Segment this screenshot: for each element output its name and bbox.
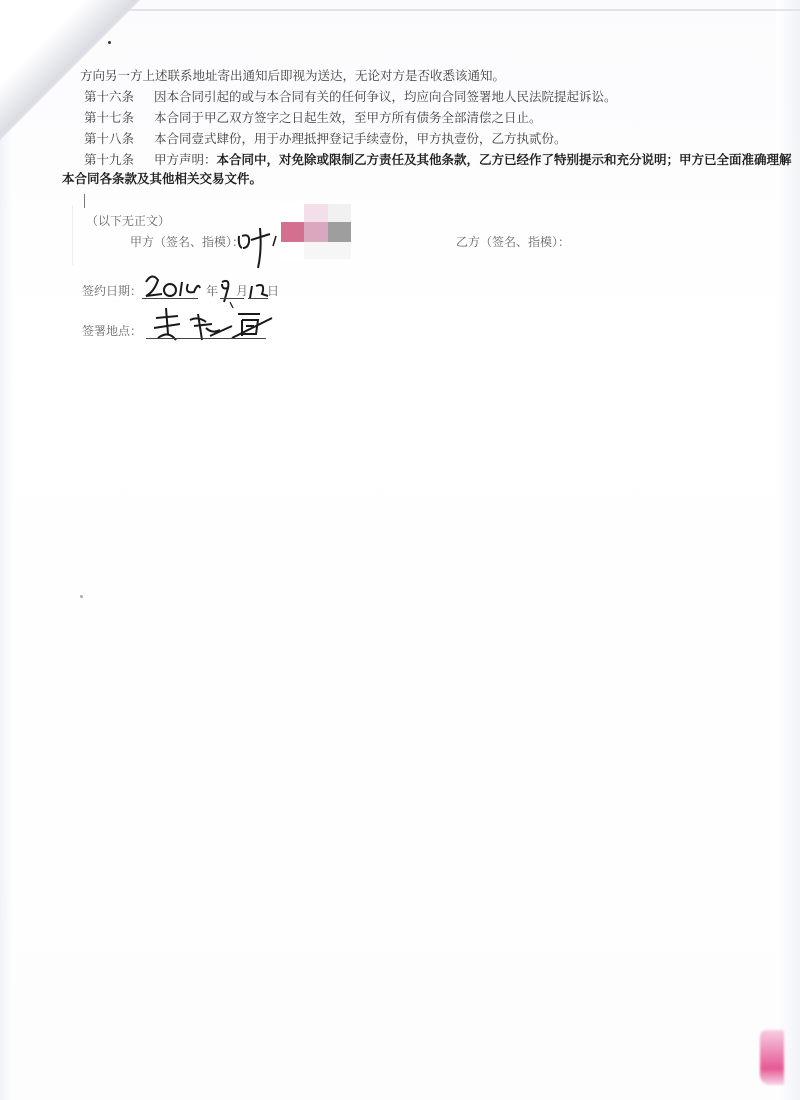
scan-edge-left <box>0 0 14 1100</box>
article-18-text: 本合同壹式肆份，用于办理抵押登记手续壹份，甲方执壹份，乙方执贰份。 <box>154 131 567 146</box>
article-19-text: 本合同中，对免除或限制乙方责任及其他条款，乙方已经作了特别提示和充分说明；甲方已… <box>217 152 792 167</box>
article-19: 第十九条甲方声明：本合同中，对免除或限制乙方责任及其他条款，乙方已经作了特别提示… <box>84 152 792 168</box>
article-17-label: 第十七条 <box>84 110 154 126</box>
staple-mark <box>108 41 111 44</box>
scanned-page: 方向另一方上述联系地址寄出通知后即视为送达，无论对方是否收悉该通知。 第十六条因… <box>0 0 800 1100</box>
day-underline <box>248 298 268 299</box>
continuation-text: 方向另一方上述联系地址寄出通知后即视为送达，无论对方是否收悉该通知。 <box>80 68 505 83</box>
article-17: 第十七条本合同于甲乙双方签字之日起生效，至甲方所有债务全部清偿之日止。 <box>84 110 542 126</box>
party-a-signature-label: 甲方（签名、指模）： <box>130 233 244 250</box>
party-a-handwritten-signature <box>236 222 286 272</box>
year-underline <box>142 298 198 299</box>
scan-top-border <box>120 9 800 11</box>
article-18-label: 第十八条 <box>84 131 154 147</box>
article-19-intro: 甲方声明： <box>154 152 217 167</box>
article-19-continuation-text: 本合同各条款及其他相关交易文件。 <box>62 171 262 186</box>
signing-date-label: 签约日期： <box>82 282 142 299</box>
article-16-text: 因本合同引起的或与本合同有关的任何争议，均应向合同签署地人民法院提起诉讼。 <box>154 89 617 104</box>
end-of-text-note: （以下无正文） <box>86 212 170 229</box>
article-16: 第十六条因本合同引起的或与本合同有关的任何争议，均应向合同签署地人民法院提起诉讼… <box>84 89 617 105</box>
year-unit: 年 <box>206 282 218 299</box>
article-19-label: 第十九条 <box>84 152 154 168</box>
article-17-text: 本合同于甲乙双方签字之日起生效，至甲方所有债务全部清偿之日止。 <box>154 110 542 125</box>
scan-speck <box>80 595 83 598</box>
place-underline <box>146 338 266 339</box>
article-16-label: 第十六条 <box>84 89 154 105</box>
redacted-name-mosaic <box>281 204 351 259</box>
seal-stamp-fragment <box>760 1030 784 1085</box>
day-unit: 日 <box>267 282 279 299</box>
party-b-signature-label: 乙方（签名、指模）： <box>456 233 570 250</box>
signing-place-label: 签署地点： <box>82 322 142 339</box>
article-19-continuation: 本合同各条款及其他相关交易文件。 <box>62 171 262 187</box>
continuation-line: 方向另一方上述联系地址寄出通知后即视为送达，无论对方是否收悉该通知。 <box>80 68 505 84</box>
article-18: 第十八条本合同壹式肆份，用于办理抵押登记手续壹份，甲方执壹份，乙方执贰份。 <box>84 131 567 147</box>
month-unit: 月 <box>236 282 248 299</box>
